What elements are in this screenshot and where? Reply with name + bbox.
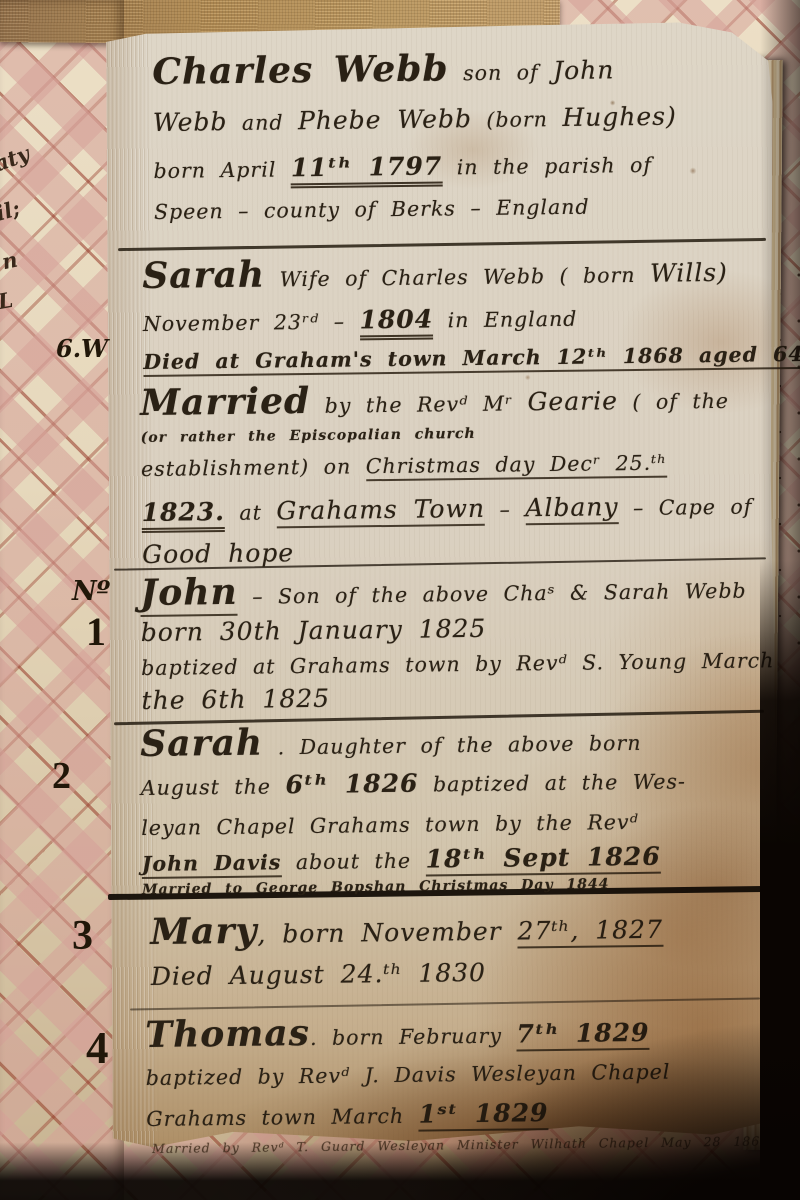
spine-writing-fragments: atyil;nL: [0, 0, 800, 1200]
photo-family-register: Charles Webb son of JohnWebb and Phebe W…: [0, 0, 800, 1200]
spine-writing-fragment: L: [0, 287, 15, 314]
spine-writing-fragment: aty: [0, 141, 33, 177]
spine-writing-fragment: il;: [0, 195, 23, 226]
spine-writing-fragment: n: [0, 247, 20, 275]
